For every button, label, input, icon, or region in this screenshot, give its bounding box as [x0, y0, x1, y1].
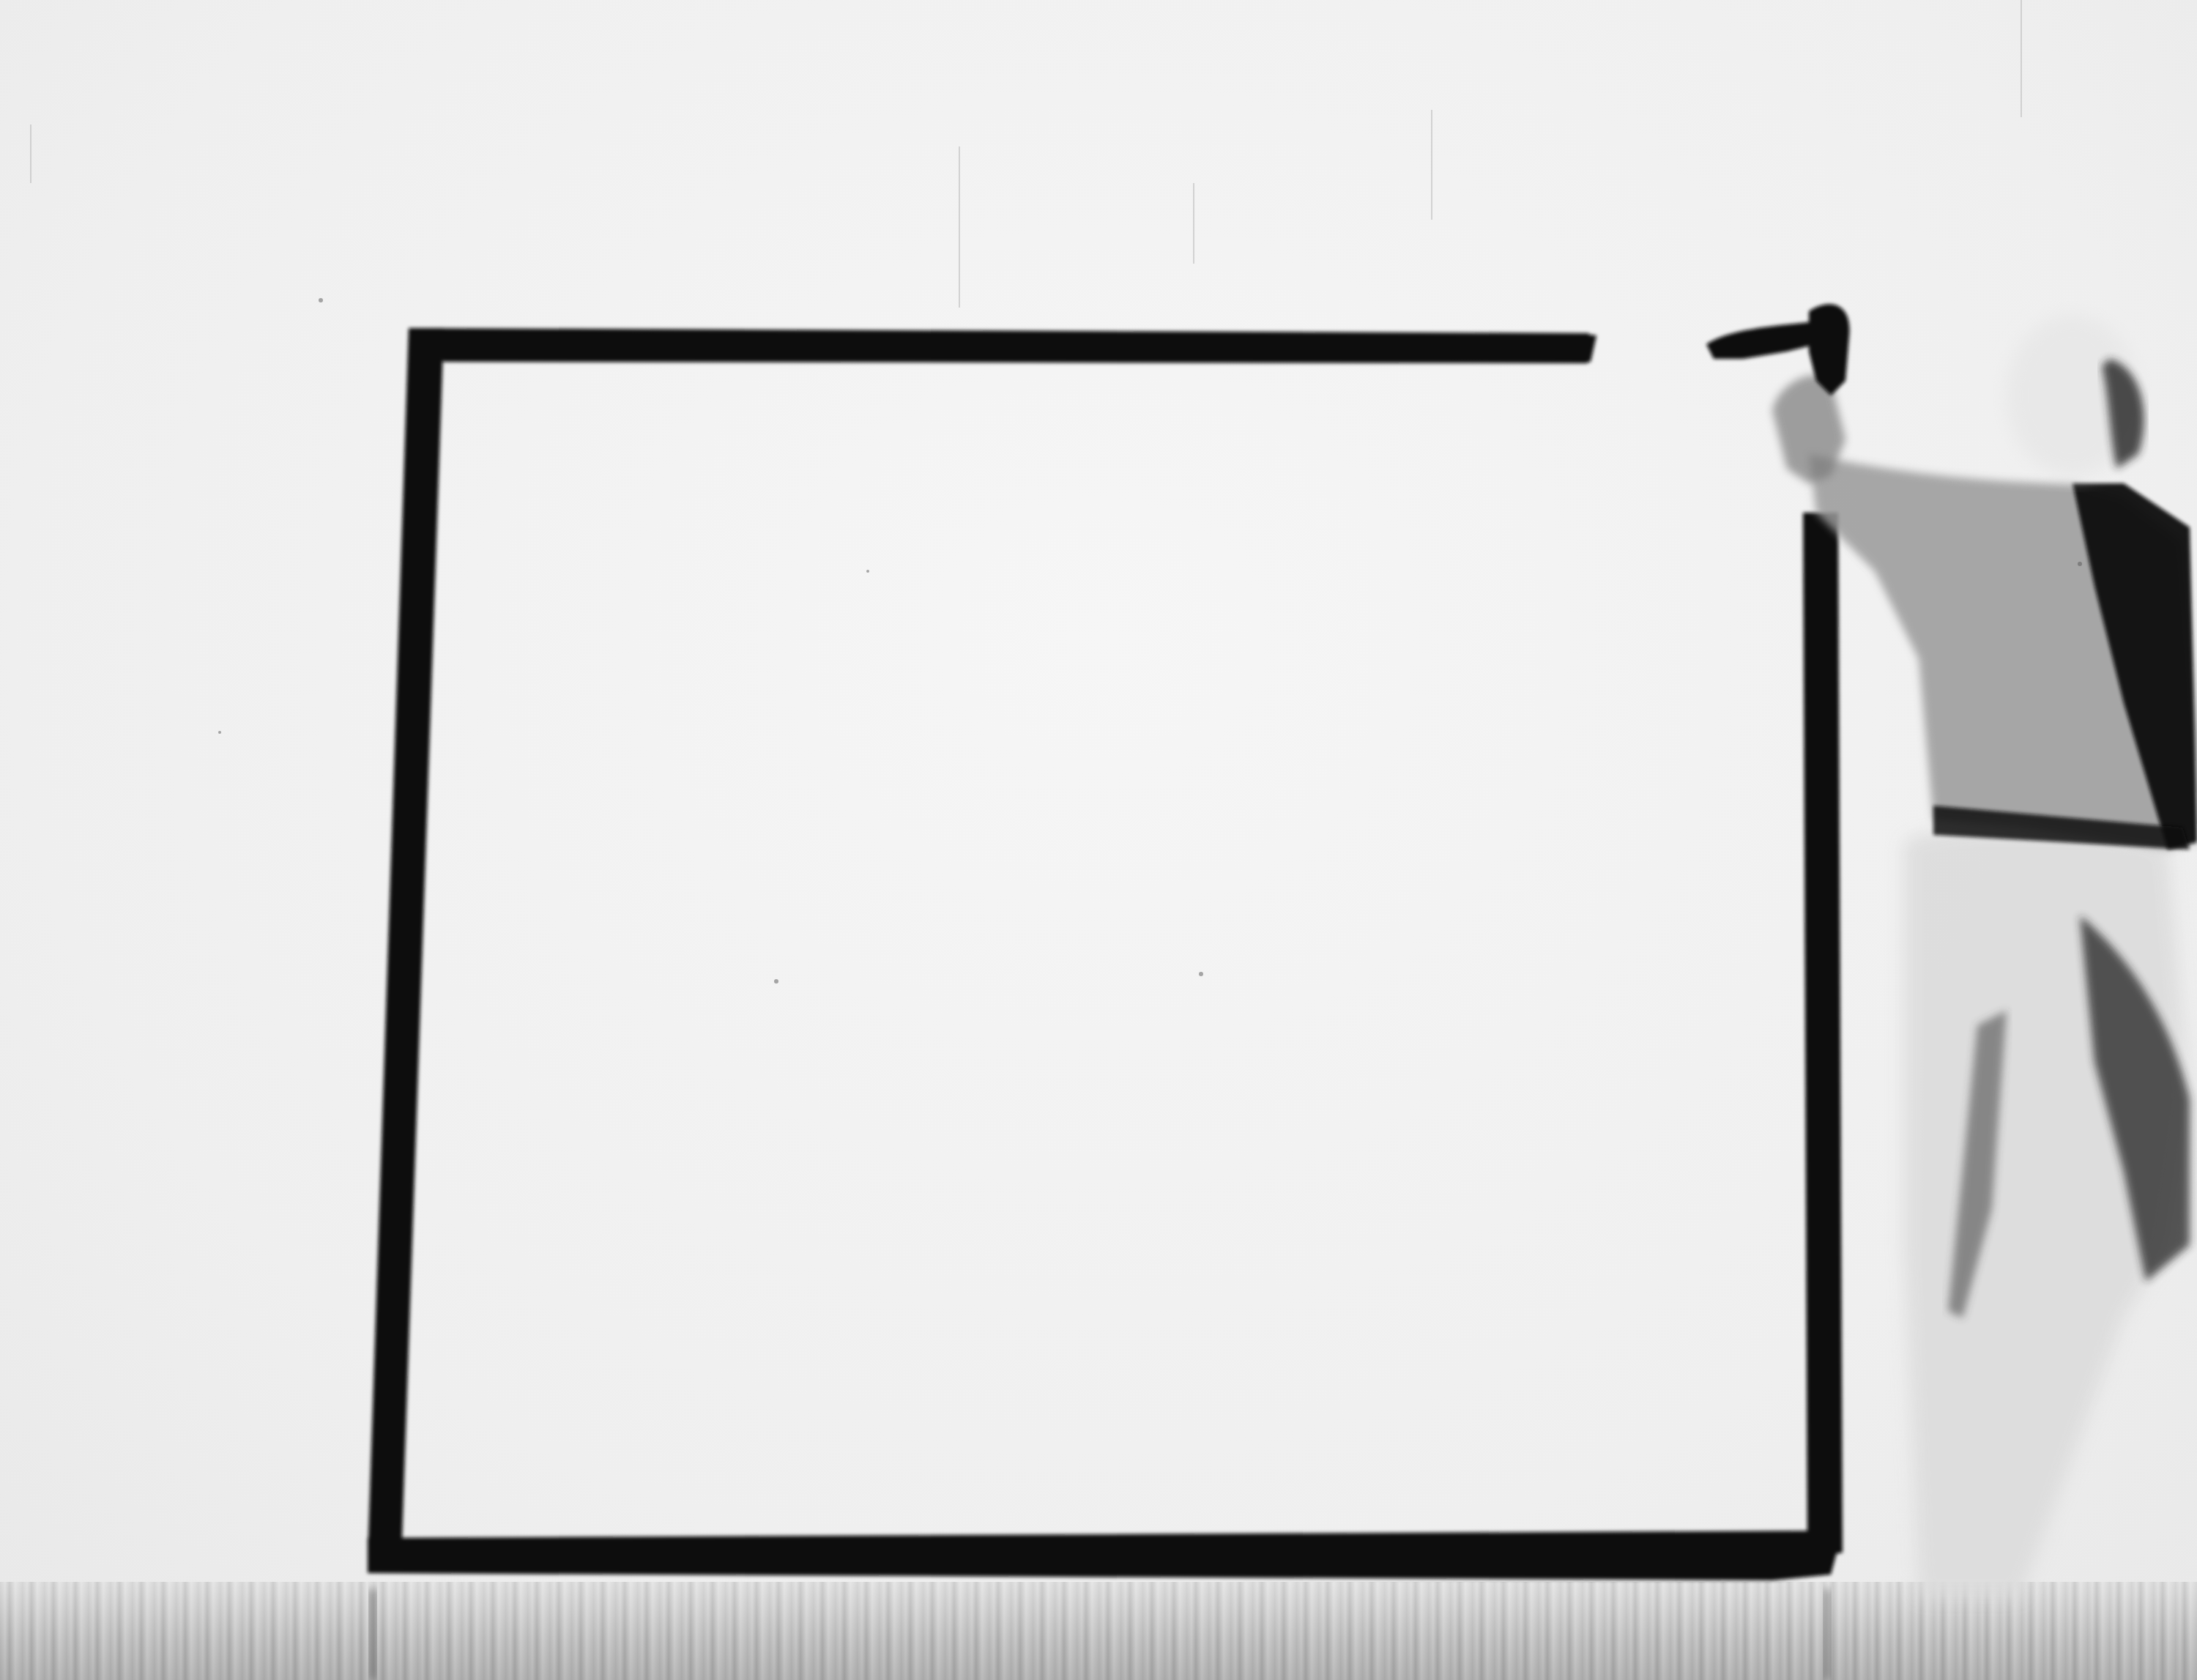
film-grain-marks [31, 0, 2021, 308]
drawing-layer [0, 0, 2197, 1680]
square-outline [368, 328, 1843, 1580]
person-drawing [1706, 304, 2197, 1597]
floor-reflection [369, 1589, 376, 1680]
hand-with-marker [1706, 304, 1850, 395]
photo-scene: High-contrast black and white photograph… [0, 0, 2197, 1680]
